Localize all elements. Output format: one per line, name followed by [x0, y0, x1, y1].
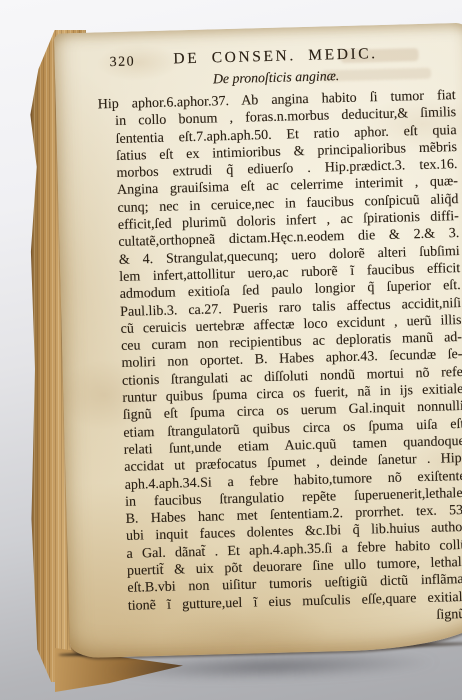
page-content: 320 DE CONSEN. MEDIC. De pronoſticis ang… — [54, 23, 462, 634]
book-page: 320 DE CONSEN. MEDIC. De pronoſticis ang… — [54, 23, 462, 659]
book-photo: 320 DE CONSEN. MEDIC. De pronoſticis ang… — [0, 0, 462, 700]
page-number: 320 — [109, 54, 135, 71]
body-text: Hip aphor.6.aphor.37. Ab angina habito ſ… — [98, 87, 462, 615]
